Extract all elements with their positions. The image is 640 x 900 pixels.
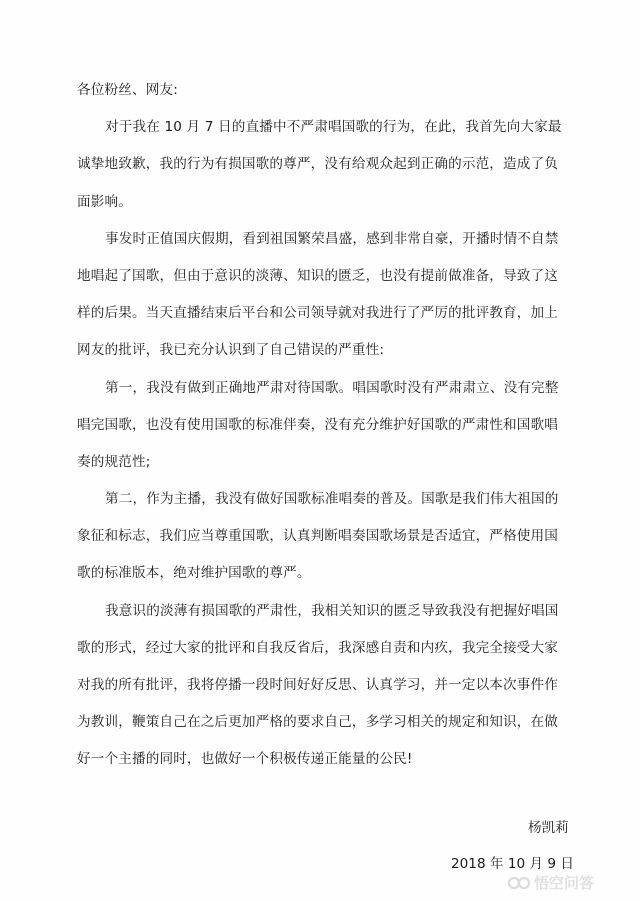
letter-line: 奏的规范性;: [77, 448, 567, 485]
letter-line: 好一个主播的同时，也做好一个积极传递正能量的公民!: [77, 745, 567, 782]
letter-line: 对于我在 10 月 7 日的直播中不严肃唱国歌的行为，在此，我首先向大家最: [77, 113, 567, 150]
watermark: 悟空问答: [508, 872, 594, 893]
watermark-text: 悟空问答: [534, 872, 594, 893]
wukong-logo-icon: [508, 876, 530, 890]
letter-body: 对于我在 10 月 7 日的直播中不严肃唱国歌的行为，在此，我首先向大家最诚挚地…: [77, 113, 567, 782]
letter-line: 为教训，鞭策自己在之后更加严格的要求自己，多学习相关的规定和知识，在做: [77, 708, 567, 745]
letter-line: 第二，作为主播，我没有做好国歌标准唱奏的普及。国歌是我们伟大祖国的: [77, 485, 567, 522]
letter-line: 事发时正值国庆假期，看到祖国繁荣昌盛，感到非常自豪，开播时情不自禁: [77, 225, 567, 262]
letter-line: 歌的形式，经过大家的批评和自我反省后，我深感自责和内疚，我完全接受大家: [77, 634, 567, 671]
signature: 杨凯莉: [528, 818, 569, 838]
salutation: 各位粉丝、网友:: [77, 76, 567, 113]
letter-line: 面影响。: [77, 188, 567, 225]
letter-page: 各位粉丝、网友: 对于我在 10 月 7 日的直播中不严肃唱国歌的行为，在此，我…: [0, 0, 640, 900]
letter-line: 诚挚地致歉，我的行为有损国歌的尊严，没有给观众起到正确的示范，造成了负: [77, 150, 567, 187]
letter-line: 网友的批评，我已充分认识到了自己错误的严重性:: [77, 336, 567, 373]
letter-line: 象征和标志，我们应当尊重国歌，认真判断唱奏国歌场景是否适宜，严格使用国: [77, 522, 567, 559]
letter-line: 第一，我没有做到正确地严肃对待国歌。唱国歌时没有严肃肃立、没有完整: [77, 374, 567, 411]
letter-line: 歌的标准版本，绝对维护国歌的尊严。: [77, 559, 567, 596]
letter-line: 我意识的淡薄有损国歌的严肃性，我相关知识的匮乏导致我没有把握好唱国: [77, 597, 567, 634]
letter-line: 样的后果。当天直播结束后平台和公司领导就对我进行了严厉的批评教育，加上: [77, 299, 567, 336]
letter-line: 地唱起了国歌，但由于意识的淡薄、知识的匮乏，也没有提前做准备，导致了这: [77, 262, 567, 299]
letter-date: 2018 年 10 月 9 日: [451, 854, 574, 874]
apology-letter: 各位粉丝、网友: 对于我在 10 月 7 日的直播中不严肃唱国歌的行为，在此，我…: [77, 76, 567, 783]
letter-line: 对我的所有批评，我将停播一段时间好好反思、认真学习，并一定以本次事件作: [77, 671, 567, 708]
letter-line: 唱完国歌，也没有使用国歌的标准伴奏，没有充分维护好国歌的严肃性和国歌唱: [77, 411, 567, 448]
